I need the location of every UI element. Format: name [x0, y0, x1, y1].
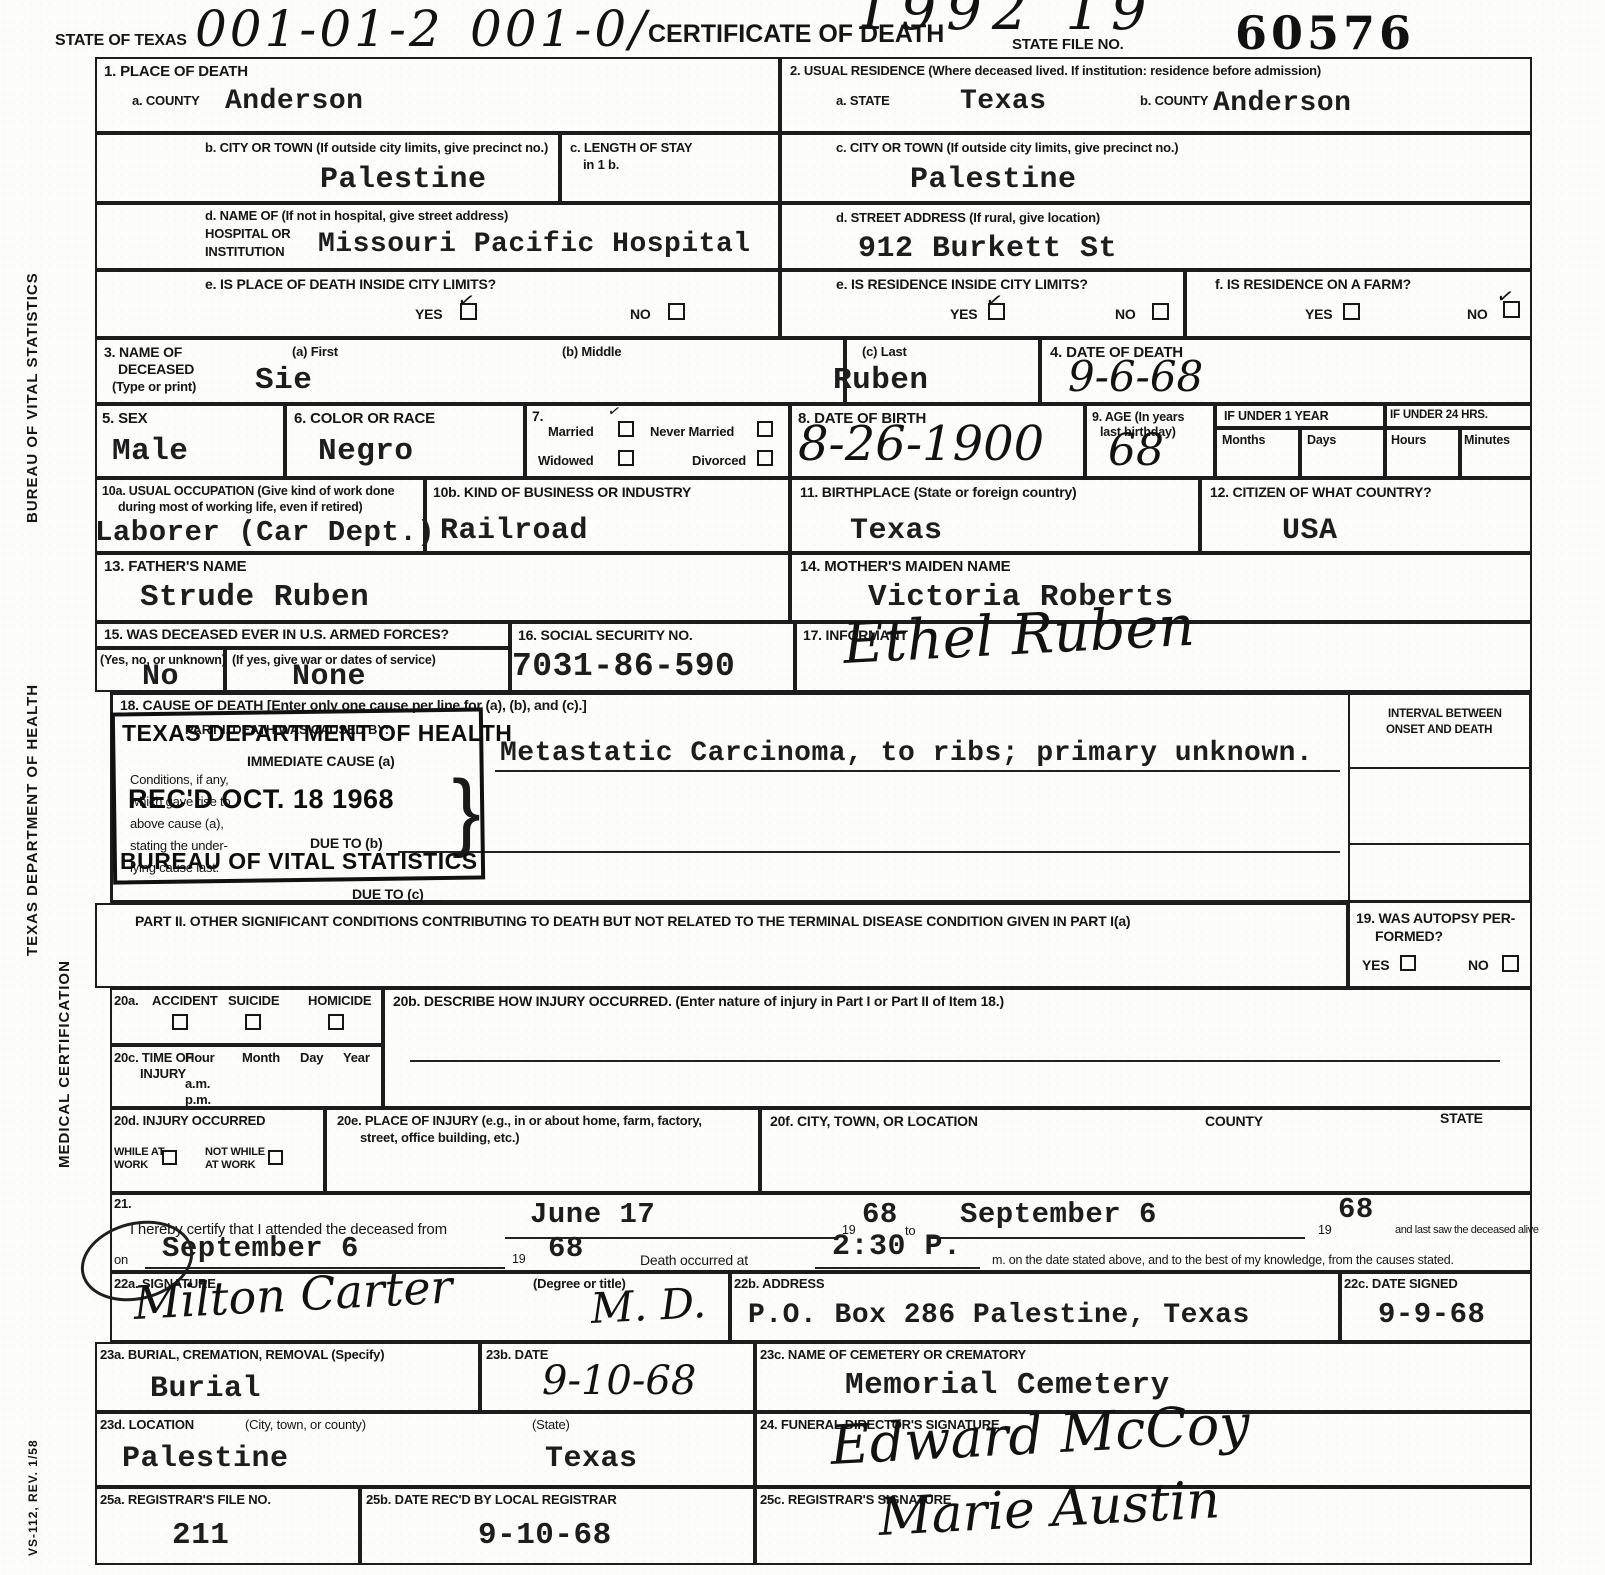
due-to-c-line — [442, 900, 1340, 902]
widowed-label: Widowed — [538, 453, 594, 468]
citizen-value: USA — [1282, 514, 1338, 548]
year-value-b: 68 — [1338, 1193, 1374, 1226]
fathers-name-value: Strude Ruben — [140, 580, 369, 615]
length-of-stay-label: c. LENGTH OF STAY — [570, 140, 692, 155]
hours-label: Hours — [1391, 433, 1426, 447]
fathers-name-label: 13. FATHER'S NAME — [104, 558, 246, 575]
part-2-label: PART II. OTHER SIGNIFICANT CONDITIONS CO… — [135, 913, 1130, 929]
first-name-value: Sie — [255, 363, 312, 398]
dob-value: 8-26-1900 — [798, 416, 1044, 472]
residence-farm-label: f. IS RESIDENCE ON A FARM? — [1215, 276, 1411, 292]
hospital-label2: HOSPITAL OR — [205, 226, 290, 241]
pm-label: p.m. — [185, 1092, 211, 1107]
date-received-value: 9-10-68 — [478, 1518, 612, 1553]
time-of-injury-label-1: 20c. TIME OF — [114, 1050, 193, 1065]
date-signed-value: 9-9-68 — [1378, 1298, 1485, 1331]
accident-checkbox — [172, 1014, 188, 1030]
homicide-checkbox — [328, 1014, 344, 1030]
length-of-stay-label2: in 1 b. — [583, 157, 619, 172]
divorced-label: Divorced — [692, 453, 746, 468]
injury-occurred-label: 20d. INJURY OCCURRED — [114, 1113, 265, 1128]
city-town-location-label: 20f. CITY, TOWN, OR LOCATION — [770, 1113, 978, 1129]
address-label: 22b. ADDRESS — [734, 1276, 824, 1291]
autopsy-label-2: FORMED? — [1375, 928, 1443, 944]
stamp-line-1: TEXAS DEPARTMENT OF HEALTH — [122, 720, 512, 747]
race-label: 6. COLOR OR RACE — [294, 410, 435, 427]
due-to-b-label: DUE TO (b) — [310, 835, 382, 851]
handwritten-code-2: 001-0/ — [470, 0, 649, 58]
due-to-c-label: DUE TO (c) — [352, 886, 424, 902]
industry-value: Railroad — [440, 514, 588, 548]
marital-number-label: 7. — [532, 408, 543, 424]
city-of-death-value: Palestine — [320, 163, 487, 197]
under-1-year-label: IF UNDER 1 YEAR — [1224, 409, 1328, 423]
location-state-value: Texas — [545, 1442, 638, 1476]
middle-name-label: (b) Middle — [562, 344, 621, 359]
autopsy-yes-checkbox — [1400, 955, 1416, 971]
autopsy-no-checkbox — [1502, 955, 1519, 972]
city-of-death-label: b. CITY OR TOWN (If outside city limits,… — [205, 140, 548, 155]
describe-injury-label: 20b. DESCRIBE HOW INJURY OCCURRED. (Ente… — [393, 993, 1004, 1009]
state-column-label: STATE — [1440, 1110, 1483, 1126]
handwritten-code: 001-01-2 — [195, 0, 444, 58]
not-while-at-work-label-2: AT WORK — [205, 1159, 255, 1171]
address-value: P.O. Box 286 Palestine, Texas — [748, 1300, 1250, 1331]
hour-label: Hour — [185, 1050, 215, 1065]
armed-forces-answer-value: No — [142, 660, 179, 694]
not-while-at-work-checkbox — [268, 1150, 283, 1165]
street-address-value: 912 Burkett St — [858, 232, 1117, 266]
county-label: a. COUNTY — [132, 93, 200, 108]
interval-label-1: INTERVAL BETWEEN — [1388, 708, 1502, 720]
name-label-3: (Type or print) — [112, 379, 196, 394]
interval-divider-2 — [1348, 843, 1532, 845]
date-of-death-value: 9-6-68 — [1068, 352, 1203, 401]
last-name-label: (c) Last — [862, 344, 907, 359]
age-label-1: 9. AGE (In years — [1092, 410, 1184, 424]
county-column-label: COUNTY — [1205, 1113, 1263, 1129]
citizen-label: 12. CITIZEN OF WHAT COUNTRY? — [1210, 484, 1432, 500]
margin-dept-label: TEXAS DEPARTMENT OF HEALTH — [24, 540, 41, 1100]
days-label: Days — [1307, 433, 1336, 447]
farm-no-label: NO — [1467, 306, 1488, 322]
sex-value: Male — [112, 434, 188, 469]
divorced-checkbox — [757, 450, 773, 466]
stamp-line-3: BUREAU OF VITAL STATISTICS — [120, 848, 478, 875]
day-label: Day — [300, 1050, 323, 1065]
residence-state-value: Texas — [960, 86, 1047, 117]
age-value: 68 — [1108, 425, 1164, 476]
place-of-death-label: 1. PLACE OF DEATH — [104, 63, 248, 80]
date-signed-label: 22c. DATE SIGNED — [1344, 1276, 1458, 1291]
residence-county-label: b. COUNTY — [1140, 93, 1208, 108]
burial-date-value: 9-10-68 — [542, 1358, 696, 1404]
ssn-label: 16. SOCIAL SECURITY NO. — [518, 627, 693, 643]
farm-yes-checkbox — [1343, 303, 1360, 320]
birthplace-label: 11. BIRTHPLACE (State or foreign country… — [800, 484, 1077, 500]
year-19-b: 19 — [1318, 1223, 1332, 1237]
first-name-label: (a) First — [292, 344, 338, 359]
occupation-value: Laborer (Car Dept.) — [95, 516, 435, 549]
industry-label: 10b. KIND OF BUSINESS OR INDUSTRY — [433, 484, 691, 500]
residence-city-label: c. CITY OR TOWN (If outside city limits,… — [836, 140, 1178, 155]
immediate-cause-line — [495, 770, 1340, 772]
mothers-name-label: 14. MOTHER'S MAIDEN NAME — [800, 558, 1010, 575]
state-of-texas-label: STATE OF TEXAS — [55, 32, 187, 50]
suicide-checkbox — [245, 1014, 261, 1030]
cemetery-label: 23c. NAME OF CEMETERY OR CREMATORY — [760, 1347, 1026, 1362]
year-label: Year — [343, 1050, 370, 1065]
accident-box-number: 20a. — [114, 993, 139, 1008]
describe-injury-line — [410, 1060, 1500, 1062]
never-married-checkbox — [757, 421, 773, 437]
name-label-2: DECEASED — [118, 361, 194, 377]
year-19-c: 19 — [512, 1252, 526, 1266]
autopsy-no-label: NO — [1468, 957, 1489, 973]
armed-forces-label: 15. WAS DECEASED EVER IN U.S. ARMED FORC… — [104, 626, 449, 642]
location-state-sub-label: (State) — [532, 1417, 570, 1432]
year-value-a: 68 — [862, 1198, 898, 1231]
hospital-value: Missouri Pacific Hospital — [318, 229, 751, 260]
residence-limits-label: e. IS RESIDENCE INSIDE CITY LIMITS? — [836, 276, 1088, 292]
sex-label: 5. SEX — [102, 410, 148, 427]
place-of-injury-label-1: 20e. PLACE OF INJURY (e.g., in or about … — [337, 1113, 702, 1128]
last-name-value: Ruben — [833, 363, 929, 398]
minutes-label: Minutes — [1464, 433, 1510, 447]
residence-limits-no-label: NO — [1115, 306, 1136, 322]
due-to-b-line — [398, 851, 1340, 853]
interval-divider-1 — [1348, 767, 1532, 769]
certify-text-2: and last saw the deceased alive — [1395, 1224, 1539, 1236]
death-city-limits-label: e. IS PLACE OF DEATH INSIDE CITY LIMITS? — [205, 276, 496, 292]
state-file-no-value: 60576 — [1235, 6, 1415, 60]
street-address-label: d. STREET ADDRESS (If rural, give locati… — [836, 210, 1100, 225]
name-label-1: 3. NAME OF — [104, 344, 182, 360]
occupation-label-1: 10a. USUAL OCCUPATION (Give kind of work… — [102, 484, 394, 498]
state-file-no-label: STATE FILE NO. — [1012, 36, 1124, 53]
residence-state-label: a. STATE — [836, 93, 890, 108]
ssn-value: 7031-86-590 — [512, 648, 735, 685]
burial-date-label: 23b. DATE — [486, 1347, 548, 1362]
months-label: Months — [1222, 433, 1265, 447]
while-at-work-label-1: WHILE AT — [114, 1146, 164, 1158]
registrar-file-no-label: 25a. REGISTRAR'S FILE NO. — [100, 1492, 271, 1507]
registrar-file-no-value: 211 — [172, 1518, 229, 1553]
residence-city-value: Palestine — [910, 163, 1077, 197]
married-label: Married — [548, 424, 594, 439]
margin-form-number: VS-112, REV. 1/58 — [26, 1428, 40, 1568]
certify-text-4: m. on the date stated above, and to the … — [992, 1253, 1454, 1267]
certification-number: 21. — [114, 1196, 131, 1211]
usual-residence-label: 2. USUAL RESIDENCE (Where deceased lived… — [790, 63, 1321, 78]
race-value: Negro — [318, 434, 414, 469]
margin-medical-certification-label: MEDICAL CERTIFICATION — [56, 878, 73, 1250]
time-of-injury-label-2: INJURY — [140, 1066, 186, 1081]
under-24-hrs-label: IF UNDER 24 HRS. — [1390, 409, 1488, 421]
burial-value: Burial — [150, 1372, 261, 1406]
hospital-label: d. NAME OF (If not in hospital, give str… — [205, 208, 508, 223]
month-label: Month — [242, 1050, 280, 1065]
year-value-c: 68 — [548, 1232, 584, 1265]
death-limits-no-label: NO — [630, 306, 651, 322]
autopsy-yes-label: YES — [1362, 957, 1389, 973]
attended-to-line — [930, 1237, 1305, 1239]
location-city-value: Palestine — [122, 1442, 289, 1476]
burial-label: 23a. BURIAL, CREMATION, REMOVAL (Specify… — [100, 1347, 384, 1362]
attended-from-value: June 17 — [530, 1198, 655, 1231]
death-limits-yes-label: YES — [415, 306, 442, 322]
time-of-death-line — [815, 1267, 980, 1269]
hospital-label3: INSTITUTION — [205, 244, 284, 259]
accident-label: ACCIDENT — [152, 993, 218, 1008]
never-married-label: Never Married — [650, 424, 734, 439]
am-label: a.m. — [185, 1076, 210, 1091]
birthplace-value: Texas — [850, 514, 943, 548]
autopsy-label-1: 19. WAS AUTOPSY PER- — [1356, 910, 1515, 926]
physician-degree-script: M. D. — [589, 1278, 707, 1333]
death-certificate-scan: STATE OF TEXAS 001-01-2 001-0/ CERTIFICA… — [0, 0, 1605, 1575]
armed-forces-service-value: None — [292, 660, 366, 694]
date-received-label: 25b. DATE REC'D BY LOCAL REGISTRAR — [366, 1492, 617, 1507]
county-value: Anderson — [225, 86, 363, 117]
location-label: 23d. LOCATION — [100, 1417, 194, 1432]
death-occurred-text: Death occurred at — [640, 1252, 748, 1268]
while-at-work-label-2: WORK — [114, 1159, 148, 1171]
married-checkbox — [618, 421, 634, 437]
time-of-death-value: 2:30 P. — [832, 1230, 962, 1264]
residence-county-value: Anderson — [1213, 88, 1351, 119]
margin-bureau-label: BUREAU OF VITAL STATISTICS — [24, 262, 41, 534]
stamp-line-2: REC'D OCT. 18 1968 — [128, 784, 394, 815]
occupation-label-2: during most of working life, even if ret… — [118, 500, 363, 514]
immediate-cause-value: Metastatic Carcinoma, to ribs; primary u… — [500, 738, 1313, 769]
residence-limits-yes-label: YES — [950, 306, 977, 322]
not-while-at-work-label-1: NOT WHILE — [205, 1146, 265, 1158]
suicide-label: SUICIDE — [228, 993, 279, 1008]
location-city-sub-label: (City, town, or county) — [245, 1417, 366, 1432]
widowed-checkbox — [618, 450, 634, 466]
attended-to-value: September 6 — [960, 1198, 1157, 1231]
death-limits-no-checkbox — [668, 303, 685, 320]
interval-label-2: ONSET AND DEATH — [1386, 724, 1492, 736]
box-name-of-deceased — [95, 338, 845, 404]
residence-limits-no-checkbox — [1152, 303, 1169, 320]
place-of-injury-label-2: street, office building, etc.) — [360, 1130, 519, 1145]
while-at-work-checkbox — [162, 1150, 177, 1165]
homicide-label: HOMICIDE — [308, 993, 371, 1008]
farm-yes-label: YES — [1305, 306, 1332, 322]
